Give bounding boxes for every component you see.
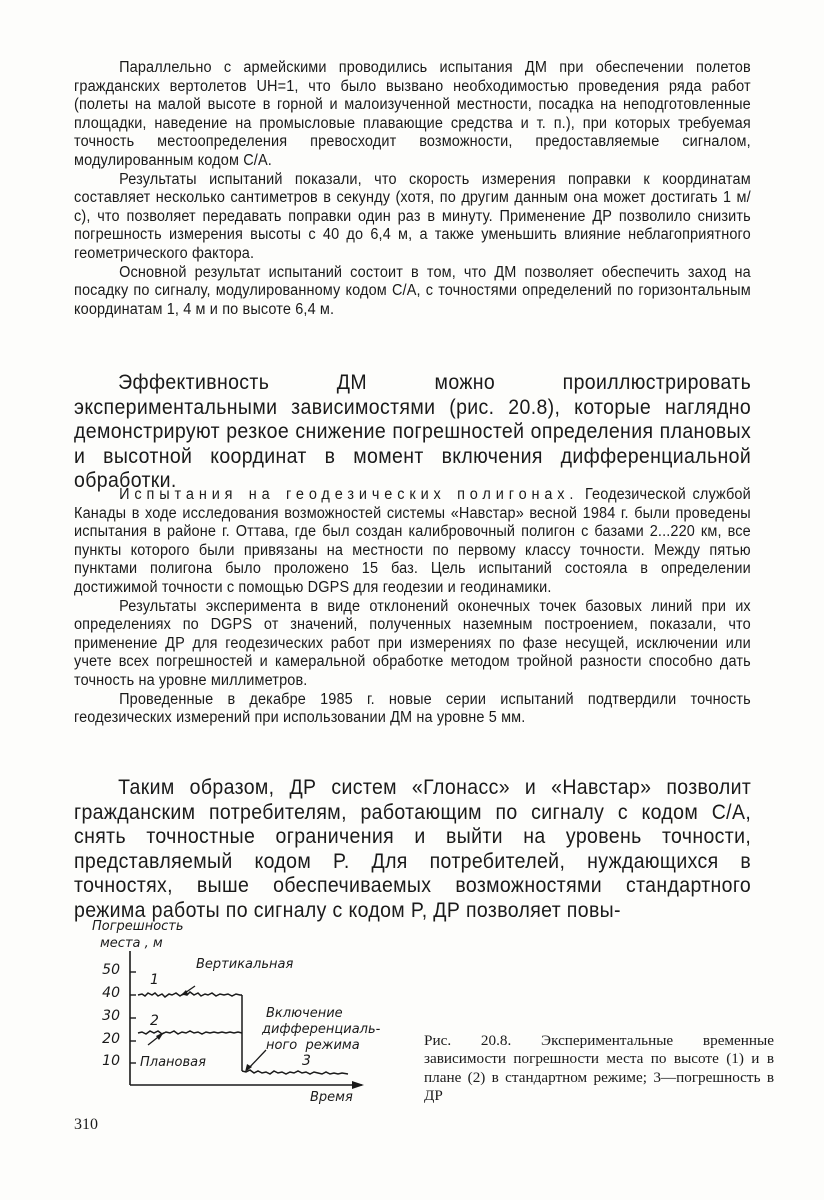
- curve-label-3: 3: [302, 1053, 311, 1069]
- curve-label-2: 2: [150, 1013, 159, 1029]
- annotation-switch: Включение: [266, 1006, 343, 1021]
- paragraph: Результаты испытаний показали, что скоро…: [74, 171, 751, 264]
- paragraph: Основной результат испытаний состоит в т…: [74, 264, 751, 320]
- annotation-vertical: Вертикальная: [196, 957, 293, 972]
- paragraph: Проведенные в декабре 1985 г. новые сери…: [74, 691, 751, 728]
- section-conclusion: Таким образом, ДР систем «Глонасс» и «На…: [74, 776, 751, 924]
- section-geodetic-tests: Испытания на геодезических полигонах. Ге…: [74, 486, 751, 728]
- caption-text: Рис. 20.8. Экспериментальные временные з…: [424, 1032, 774, 1106]
- paragraph: Результаты эксперимента в виде отклонени…: [74, 598, 751, 691]
- annotation-switch: дифференциаль-: [262, 1022, 380, 1037]
- section-heading: Испытания на геодезических полигонах.: [119, 486, 578, 503]
- paragraph: Таким образом, ДР систем «Глонасс» и «На…: [74, 776, 751, 924]
- annotation-plan: Плановая: [140, 1055, 206, 1070]
- curve-label-1: 1: [150, 972, 159, 988]
- x-axis-label: Время: [310, 1090, 353, 1105]
- paragraph: Параллельно с армейскими проводились исп…: [74, 59, 751, 171]
- page-number: 310: [74, 1116, 98, 1134]
- figure-20-8: Погрешность места , м 50 40 30 20 10 1 2…: [90, 915, 390, 1115]
- section-helicopter-tests: Параллельно с армейскими проводились исп…: [74, 59, 751, 319]
- figure-caption: Рис. 20.8. Экспериментальные временные з…: [424, 1032, 774, 1106]
- chart-plot: [90, 915, 390, 1115]
- paragraph: Испытания на геодезических полигонах. Ге…: [74, 486, 751, 598]
- annotation-switch: ного режима: [266, 1038, 360, 1053]
- paragraph: Эффективность ДМ можно проиллюстрировать…: [74, 371, 751, 494]
- section-effectiveness: Эффективность ДМ можно проиллюстрировать…: [74, 371, 751, 494]
